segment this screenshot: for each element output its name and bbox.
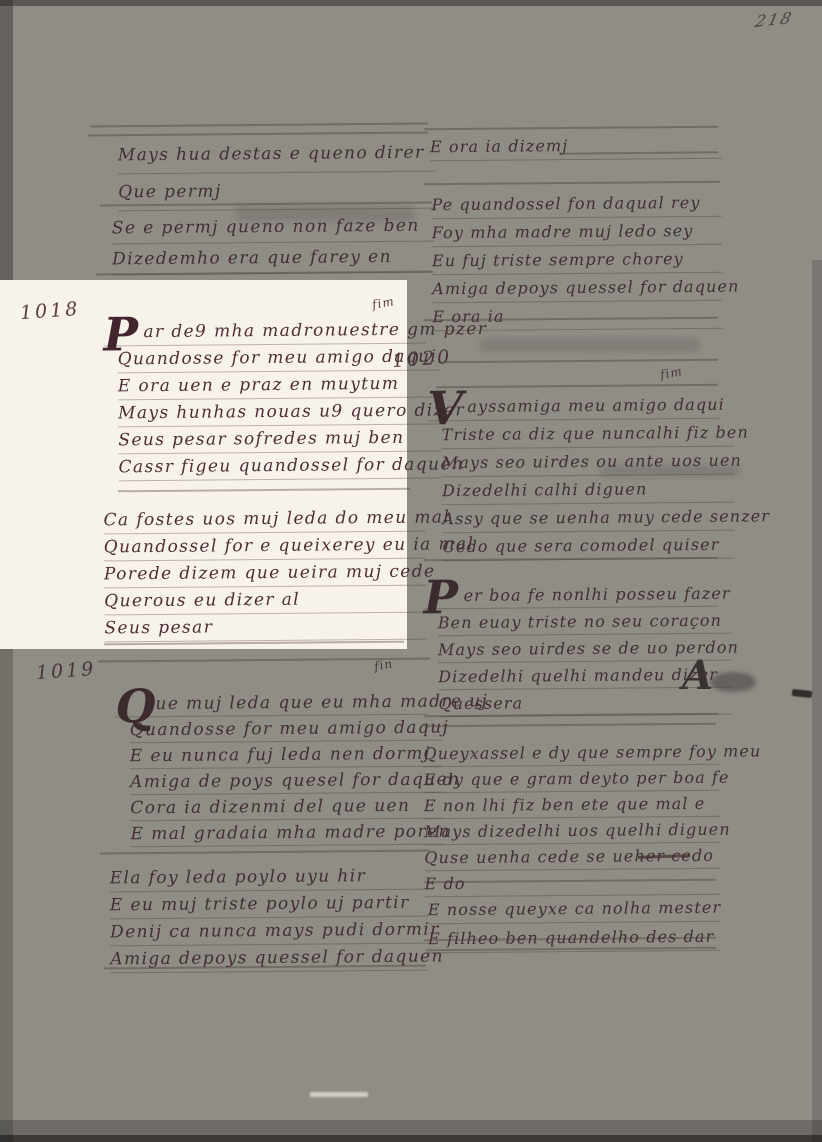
illuminated-initial-p: P [103, 311, 139, 357]
cantiga-1019-stanza-1: Q ue muj leda que eu mha madre ujQuandos… [115, 689, 442, 848]
manuscript-line: Cassr figeu quandossel for daquen [118, 452, 440, 482]
manuscript-line: Assy que se uenha muy cede senzer [442, 503, 734, 534]
cantiga-1020-stanza-3: Queyxassel e dy que sempre foy meuE dy q… [423, 739, 720, 898]
ruled-line [424, 181, 720, 186]
manuscript-line: E ora uen e praz en muytum [118, 371, 440, 401]
right-stanza-a: E ora ia dizemj [430, 131, 722, 162]
illuminated-initial-q: Q [115, 683, 157, 729]
ruled-line [424, 126, 718, 131]
manuscript-line: Cora ia dizenmi del que uen [130, 793, 442, 822]
manuscript-line: ue muj leda que eu mha madre uj [115, 689, 427, 718]
manuscript-line: E non lhi fiz ben ete que mal e [424, 791, 720, 820]
paper-scratch [310, 1092, 368, 1097]
ruled-line [438, 359, 718, 363]
left-stanza-b: Se e permj queno non faze benDizedemho e… [112, 211, 435, 276]
ink-dash [792, 689, 813, 698]
manuscript-line: E eu muj triste poylo uj partir [110, 890, 428, 920]
manuscript-line: E eu nunca fuj leda nen dormj [130, 741, 442, 770]
cantiga-1018-stanza-2: Ca fostes uos muj leda do meu malQuandos… [103, 505, 426, 643]
manuscript-line: Seus pesar sofredes muj ben [118, 425, 440, 455]
illuminated-initial-v: V [427, 385, 464, 431]
manuscript-line: er boa fe nonlhi posseu fazer [423, 580, 717, 610]
manuscript-line: Quessera [438, 688, 732, 718]
manuscript-line: ar de9 mha madronuestre gm pzer [103, 317, 425, 347]
fin-mark-1020: fim [659, 364, 684, 382]
cantiga-1019-stanza-2: Ela foy leda poylo uyu hirE eu muj trist… [110, 863, 429, 974]
cantiga-1018-stanza-1: P ar de9 mha madronuestre gm pzerQuandos… [103, 317, 440, 482]
folio-number: 218 [753, 8, 795, 31]
left-stanza-a: Mays hua destas e queno direrQue permj [118, 135, 437, 212]
manuscript-line: Seus pesar [104, 613, 426, 643]
manuscript-photo: 218 1018 1019 1020 fim fin fim A Mays hu… [0, 0, 822, 1142]
manuscript-line: E ora ia [432, 301, 722, 332]
photo-edge-bottom [0, 1135, 822, 1142]
manuscript-line: Mays seo uirdes ou ante uos uen [442, 447, 734, 478]
manuscript-line: Queyxassel e dy que sempre foy meu [423, 739, 719, 768]
manuscript-line: Foy mha madre muj ledo sey [432, 217, 722, 248]
manuscript-line: Cedo que sera comodel quiser [442, 531, 734, 562]
photo-edge-top [0, 0, 822, 6]
manuscript-line: E dy que e gram deyto per boa fe [424, 765, 720, 794]
manuscript-line: E mal gradaia mha madre poren [130, 819, 442, 848]
margin-label-1018: 1018 [19, 298, 81, 324]
photo-edge-right [812, 260, 822, 1142]
manuscript-line: Dizedelhi quelhi mandeu dizer [438, 661, 732, 691]
fin-mark-1019: fin [373, 656, 394, 673]
manuscript-line: Ela foy leda poylo uyu hir [110, 863, 428, 893]
cantiga-1020-stanza-2: P er boa fe nonlhi posseu fazerBen euay … [423, 580, 732, 718]
manuscript-line: Ben euay triste no seu coraçon [438, 607, 732, 637]
ink-smudge [710, 672, 756, 692]
manuscript-line: Mays seo uirdes se de uo perdon [438, 634, 732, 664]
manuscript-line: Triste ca diz que nuncalhi fiz ben [442, 419, 734, 450]
manuscript-line: Querous eu dizer al [104, 586, 426, 616]
manuscript-line: Quandosse for meu amigo daquj [130, 715, 442, 744]
manuscript-line: Ca fostes uos muj leda do meu mal [103, 505, 425, 535]
bleedthrough-mark [480, 338, 700, 352]
manuscript-line: Eu fuj triste sempre chorey [432, 245, 722, 276]
manuscript-line: Quandosse for meu amigo daqui [118, 344, 440, 374]
manuscript-line: Denij ca nunca mays pudi dormir [110, 917, 428, 947]
margin-label-1019: 1019 [35, 658, 97, 684]
ruled-line [424, 723, 716, 728]
illuminated-initial-p2: P [423, 574, 459, 620]
manuscript-line: Que permj [118, 172, 436, 212]
manuscript-line: Amiga de poys quesel for daquen [130, 767, 442, 796]
manuscript-line: ayssamiga meu amigo daqui [427, 391, 719, 422]
manuscript-line: Quandossel for e queixerey eu ia mal [104, 532, 426, 562]
ruled-line [436, 384, 718, 388]
ruled-line [100, 850, 430, 855]
manuscript-line: Mays dizedelhi uos quelhi diguen [424, 817, 720, 846]
photo-edge-bottom [0, 1120, 822, 1142]
manuscript-line: Porede dizem que ueira muj cede [104, 559, 426, 589]
cantiga-1020-stanza-4: E nosse queyxe ca nolha mesterE filheo b… [428, 893, 720, 954]
right-stanza-b: Pe quandossel fon daqual reyFoy mha madr… [431, 189, 722, 332]
manuscript-line: Mays hua destas e queno direr [118, 135, 436, 175]
manuscript-line: E ora ia dizemj [430, 131, 722, 162]
manuscript-line: E nosse queyxe ca nolha mester [428, 893, 720, 925]
cantiga-1020-stanza-1: V ayssamiga meu amigo daquiTriste ca diz… [427, 391, 734, 562]
photo-edge-left [0, 0, 13, 280]
manuscript-line: Amiga depoys quessel for daquen [110, 944, 428, 974]
manuscript-line: Mays hunhas nouas u9 quero dizer [118, 398, 440, 428]
ruled-line [90, 123, 428, 128]
manuscript-line: Amiga depoys quessel for daquen [432, 273, 722, 304]
photo-edge-left [0, 649, 13, 1142]
manuscript-line: Dizedemho era que farey en [112, 242, 434, 276]
manuscript-line: E filheo ben quandelho des dar [428, 922, 720, 954]
manuscript-line: Se e permj queno non faze ben [112, 211, 434, 245]
manuscript-line: Pe quandossel fon daqual rey [431, 189, 721, 220]
manuscript-line: Dizedelhi calhi diguen [442, 475, 734, 506]
